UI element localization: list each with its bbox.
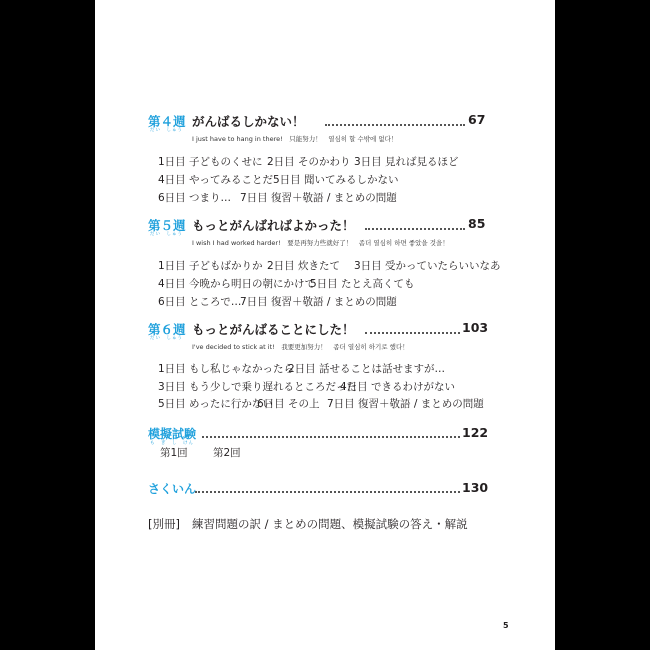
leader-dots	[325, 124, 465, 126]
lesson-item: 3日目 見れば見るほど	[354, 154, 459, 169]
lesson-item: 3日目 もう少しで乗り遅れるところだった	[158, 379, 357, 394]
lesson-item: 7日目 復習＋敬語 / まとめの問題	[240, 190, 397, 205]
exam-item: 第1回	[160, 445, 188, 460]
week-title: もっとがんばることにした！	[192, 320, 355, 338]
leader-dots	[365, 228, 465, 230]
week-ruby: だい しゅう	[150, 127, 183, 133]
week-subtitle: I've decided to stick at it! 我要更加努力！ 좀더 …	[192, 342, 409, 351]
lesson-item: 7日目 復習＋敬語 / まとめの問題	[240, 294, 397, 309]
page-ref: 85	[468, 216, 485, 231]
lesson-item: 4日目 できるわけがない	[340, 379, 455, 394]
lesson-item: 6日目 その上	[257, 396, 320, 411]
lesson-item: 2日目 炊きたて	[267, 258, 340, 273]
lesson-item: 2日目 そのかわり	[267, 154, 351, 169]
toc-page: 第４週 だい しゅう がんばるしかない！ 67 I just have to h…	[95, 0, 555, 650]
page-ref: 103	[462, 320, 488, 335]
lesson-item: 3日目 受かっていたらいいなあ	[354, 258, 501, 273]
week-subtitle: I just have to hang in there! 只能努力！ 열심히 …	[192, 134, 397, 143]
lesson-item: 1日目 もし私じゃなかったら	[158, 361, 294, 376]
lesson-item: 2日目 話せることは話せますが…	[288, 361, 445, 376]
lesson-item: 4日目 今晩から明日の朝にかけて	[158, 276, 315, 291]
leader-dots	[365, 332, 460, 334]
lesson-item: 7日目 復習＋敬語 / まとめの問題	[327, 396, 484, 411]
lesson-item: 5日目 聞いてみるしかない	[273, 172, 399, 187]
page-ref: 130	[462, 480, 488, 495]
leader-dots	[195, 491, 460, 493]
appendix-text: 練習問題の訳 / まとめの問題、模擬試験の答え・解説	[192, 516, 468, 532]
lesson-item: 4日目 やってみることだ	[158, 172, 273, 187]
week-subtitle: I wish I had worked harder! 要是再努力些就好了！ 좀…	[192, 238, 449, 247]
week-ruby: だい しゅう	[150, 231, 183, 237]
lesson-item: 6日目 ところで…	[158, 294, 241, 309]
week-title: もっとがんばればよかった！	[192, 216, 355, 234]
page-ref: 67	[468, 112, 485, 127]
leader-dots	[202, 436, 460, 438]
exam-item: 第2回	[213, 445, 241, 460]
week-title: がんばるしかない！	[192, 112, 305, 130]
index-title: さくいん	[148, 480, 196, 497]
page-number: 5	[503, 621, 509, 630]
appendix-label: [別冊]	[148, 516, 180, 532]
lesson-item: 1日目 子どもばかりか	[158, 258, 263, 273]
week-ruby: だい しゅう	[150, 335, 183, 341]
page-ref: 122	[462, 425, 488, 440]
lesson-item: 5日目 たとえ高くても	[310, 276, 415, 291]
lesson-item: 5日目 めったに行かない	[158, 396, 273, 411]
lesson-item: 6日目 つまり…	[158, 190, 231, 205]
lesson-item: 1日目 子どものくせに	[158, 154, 263, 169]
